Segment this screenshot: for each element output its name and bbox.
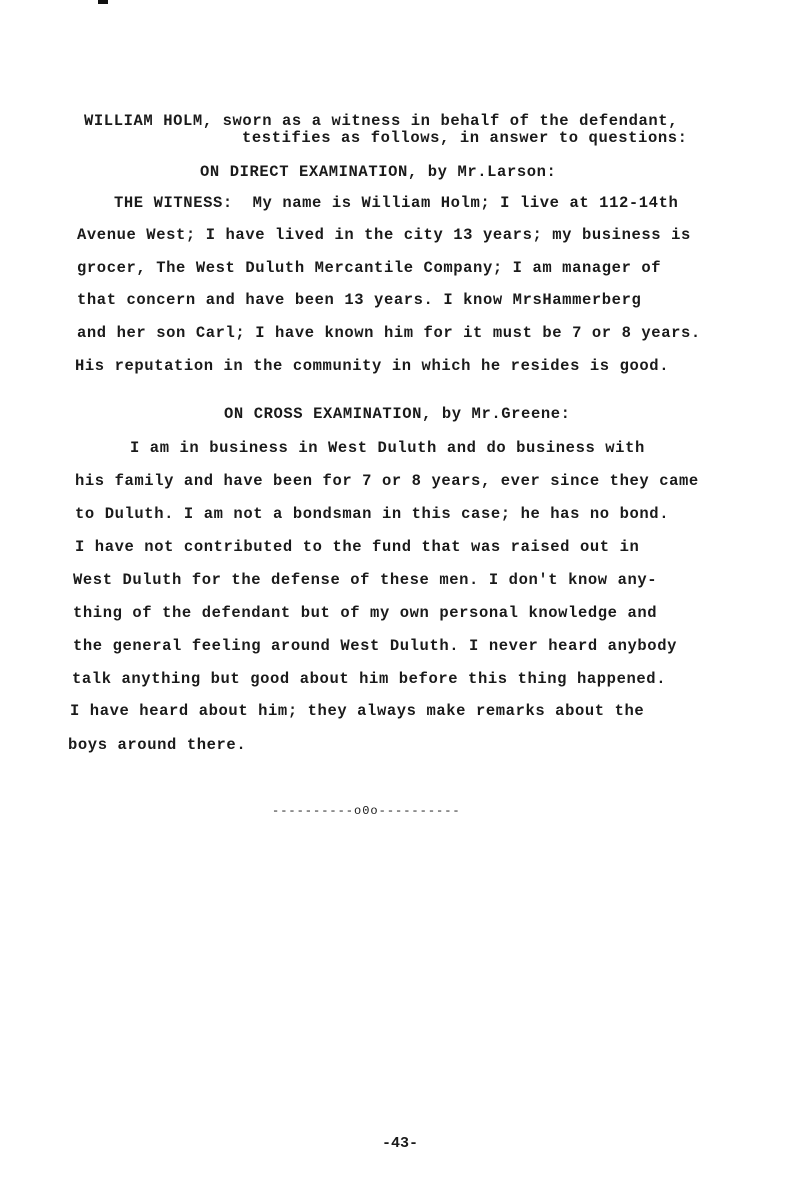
- cross-examination-heading: ON CROSS EXAMINATION, by Mr.Greene:: [224, 405, 571, 423]
- cross-line: to Duluth. I am not a bondsman in this c…: [75, 505, 669, 523]
- cross-line: West Duluth for the defense of these men…: [73, 571, 657, 589]
- direct-line: THE WITNESS: My name is William Holm; I …: [114, 194, 678, 212]
- cross-line: I have heard about him; they always make…: [70, 702, 644, 720]
- cross-line: I have not contributed to the fund that …: [75, 538, 639, 556]
- witness-intro-line-1: WILLIAM HOLM, sworn as a witness in beha…: [84, 112, 678, 130]
- direct-line: and her son Carl; I have known him for i…: [77, 324, 701, 342]
- direct-examination-heading: ON DIRECT EXAMINATION, by Mr.Larson:: [200, 163, 556, 181]
- scan-mark: [98, 0, 108, 4]
- direct-line: His reputation in the community in which…: [75, 357, 669, 375]
- section-separator: ----------o0o----------: [272, 804, 461, 818]
- cross-line: his family and have been for 7 or 8 year…: [75, 472, 699, 490]
- direct-line: that concern and have been 13 years. I k…: [77, 291, 641, 309]
- direct-line: Avenue West; I have lived in the city 13…: [77, 226, 691, 244]
- cross-line: the general feeling around West Duluth. …: [73, 637, 677, 655]
- cross-line: I am in business in West Duluth and do b…: [130, 439, 645, 457]
- cross-line: boys around there.: [68, 736, 246, 754]
- cross-line: thing of the defendant but of my own per…: [73, 604, 657, 622]
- direct-line: grocer, The West Duluth Mercantile Compa…: [77, 259, 661, 277]
- page-number: -43-: [0, 1135, 800, 1152]
- witness-intro-line-2: testifies as follows, in answer to quest…: [242, 129, 688, 147]
- cross-line: talk anything but good about him before …: [72, 670, 666, 688]
